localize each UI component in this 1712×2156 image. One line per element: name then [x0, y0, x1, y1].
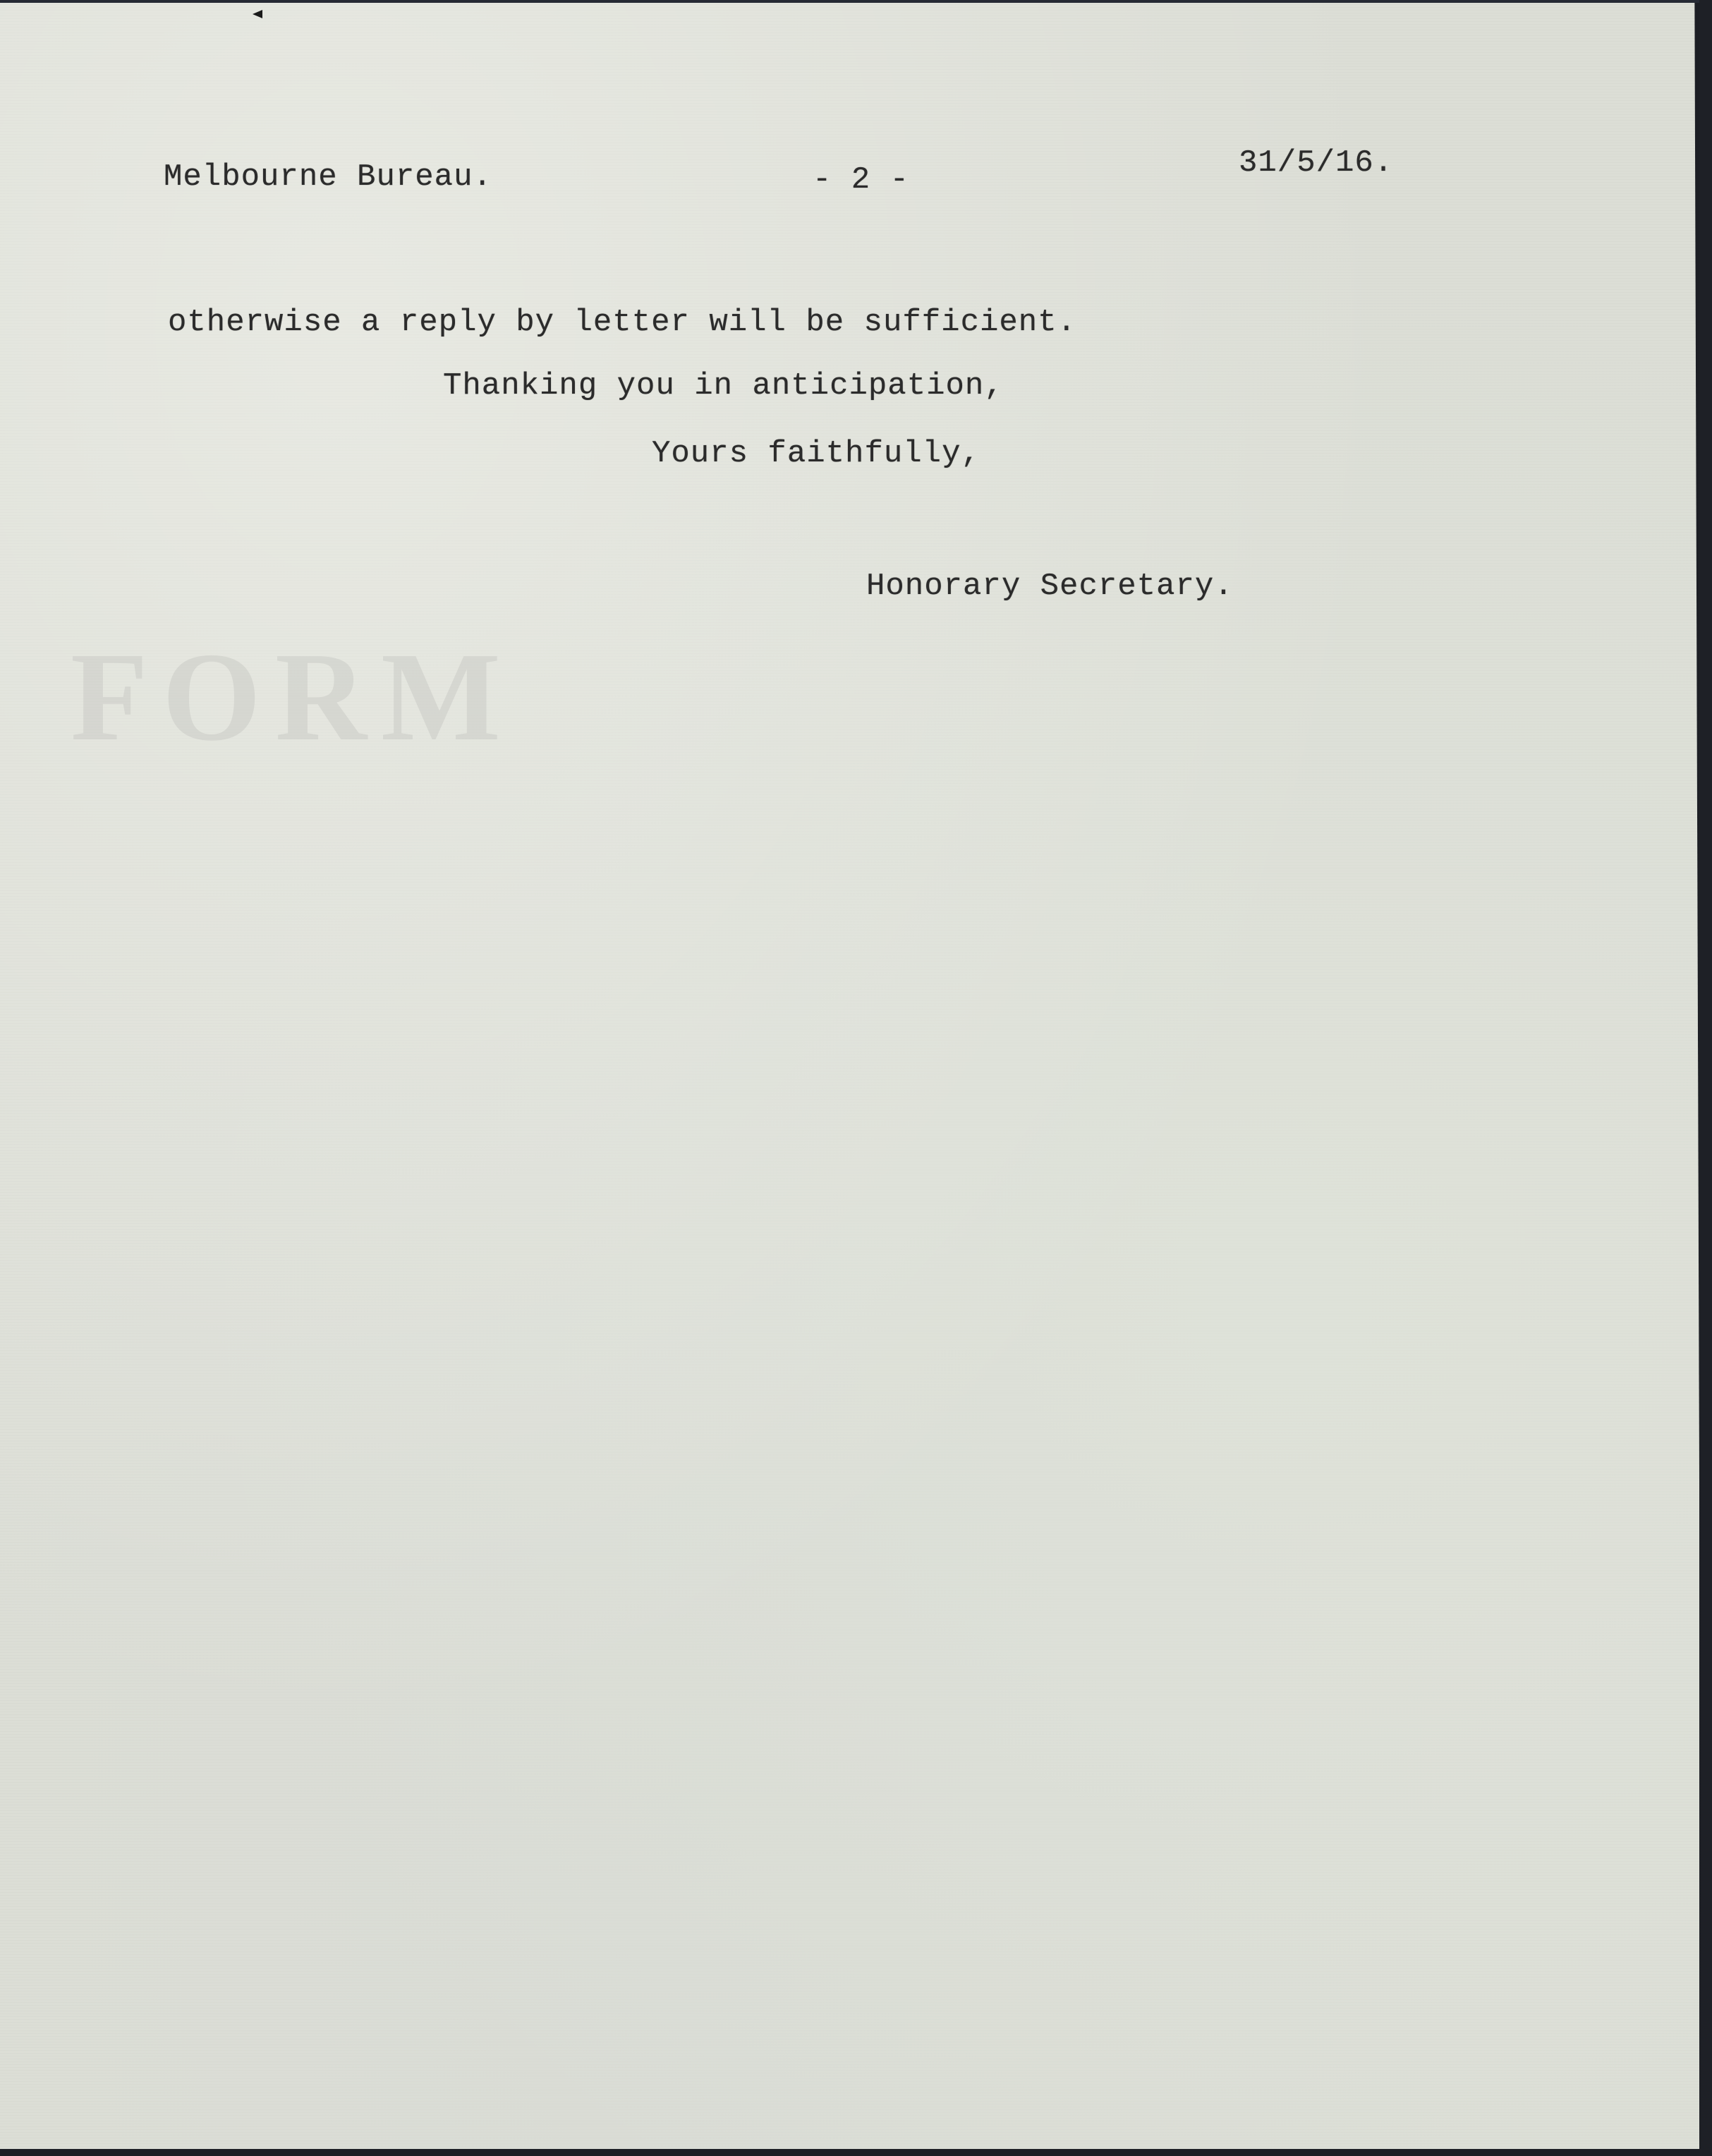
header-page-number: - 2 - — [813, 162, 909, 198]
body-line-closing: Thanking you in anticipation, — [443, 368, 1004, 404]
corner-tick-mark — [253, 10, 262, 18]
body-line-valediction: Yours faithfully, — [652, 436, 981, 471]
header-date: 31/5/16. — [1239, 145, 1393, 181]
letter-page: Melbourne Bureau. - 2 - 31/5/16. otherwi… — [0, 3, 1701, 2150]
body-line-1: otherwise a reply by letter will be suff… — [168, 305, 1076, 340]
show-through-watermark: FORM — [71, 624, 515, 770]
signature-title: Honorary Secretary. — [866, 569, 1234, 604]
scan-bottom-border — [0, 2149, 1712, 2156]
header-addressee: Melbourne Bureau. — [164, 159, 492, 195]
scan-top-border — [0, 0, 1712, 3]
scan-right-border — [1699, 0, 1712, 2156]
